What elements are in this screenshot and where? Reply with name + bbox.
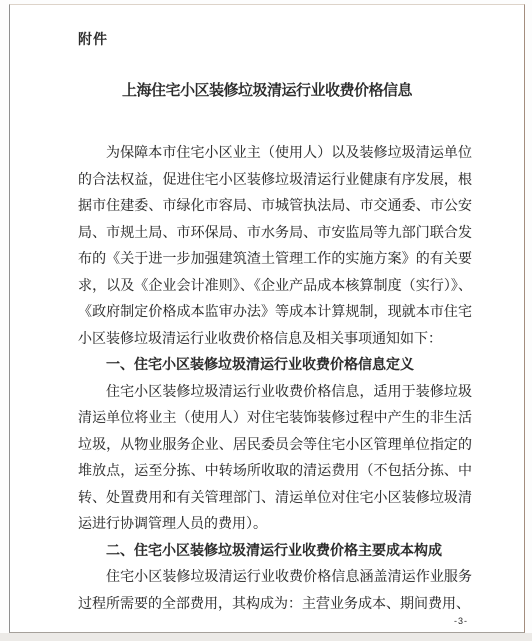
paragraph-intro: 为保障本市住宅小区业主（使用人）以及装修垃圾清运单位的合法权益，促进住宅小区装修… bbox=[78, 139, 472, 351]
attachment-label: 附件 bbox=[78, 30, 524, 49]
document-body: 为保障本市住宅小区业主（使用人）以及装修垃圾清运单位的合法权益，促进住宅小区装修… bbox=[78, 139, 472, 616]
page-number: -3- bbox=[454, 616, 468, 626]
scan-edge-strip bbox=[0, 633, 532, 641]
scanned-document-page: 附件 上海住宅小区装修垃圾清运行业收费价格信息 为保障本市住宅小区业主（使用人）… bbox=[9, 4, 525, 633]
paragraph-definition: 住宅小区装修垃圾清运行业收费价格信息，适用于装修垃圾清运单位将业主（使用人）对住… bbox=[78, 378, 472, 537]
section-heading-definition: 一、住宅小区装修垃圾清运行业收费价格信息定义 bbox=[78, 351, 472, 378]
document-title: 上海住宅小区装修垃圾清运行业收费价格信息 bbox=[30, 80, 504, 101]
paragraph-cost-structure: 住宅小区装修垃圾清运行业收费价格信息涵盖清运作业服务过程所需要的全部费用，其构成… bbox=[78, 563, 472, 616]
section-heading-cost-structure: 二、住宅小区装修垃圾清运行业收费价格主要成本构成 bbox=[78, 537, 472, 564]
